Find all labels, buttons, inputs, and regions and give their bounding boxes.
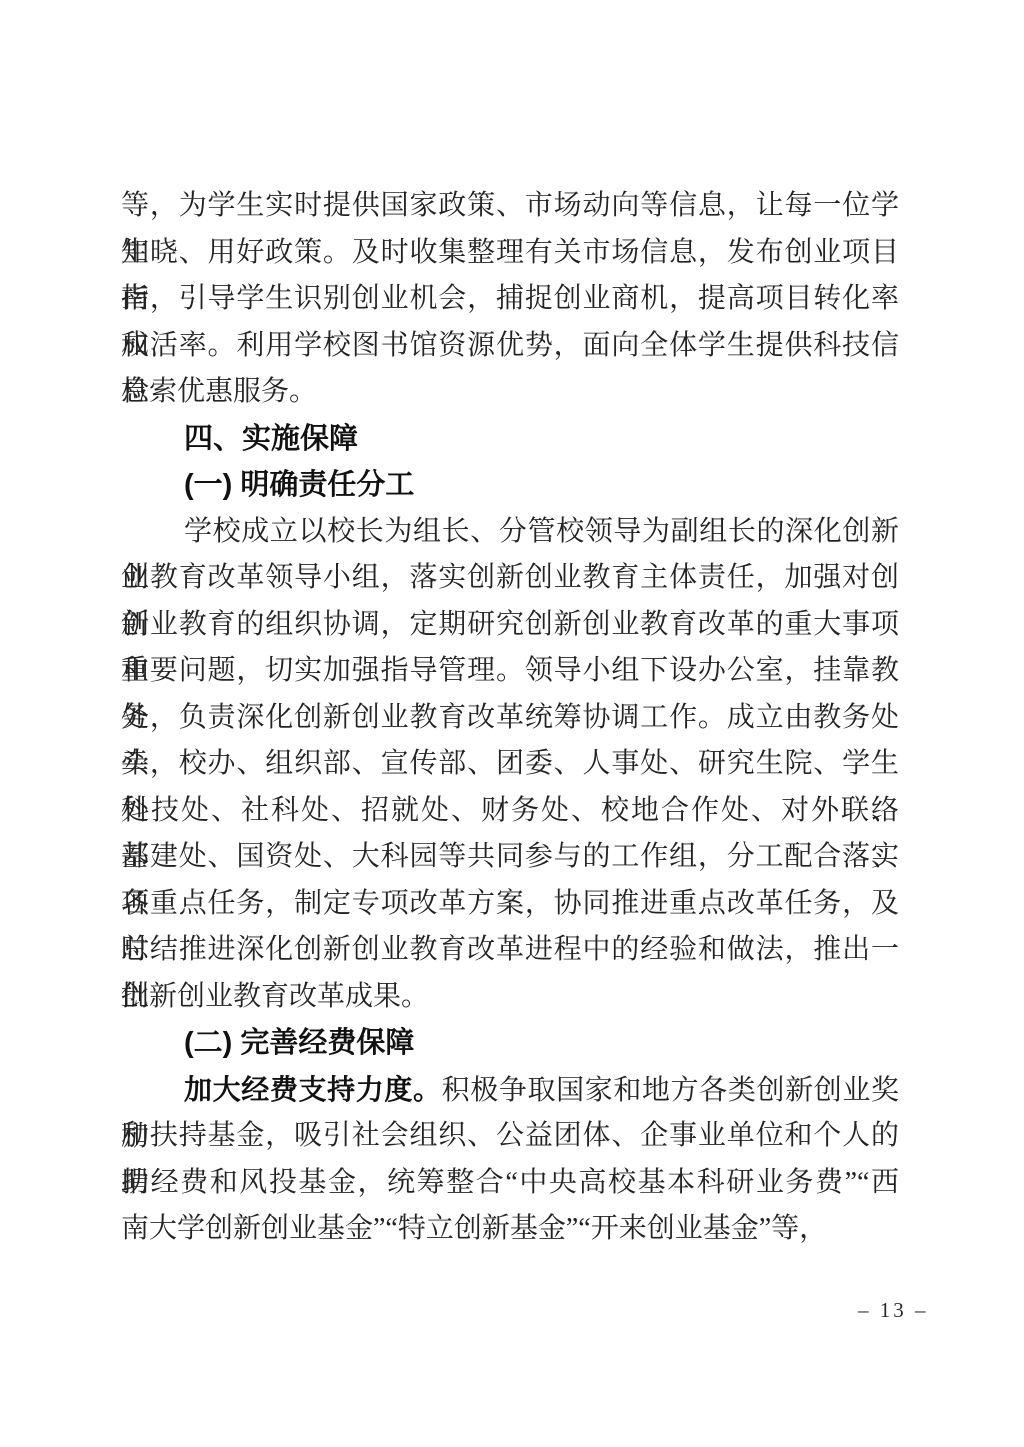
- text-line: 重要问题，切实加强指导管理。领导小组下设办公室，挂靠教务: [121, 648, 899, 695]
- text-line: 南大学创新创业基金”“特立创新基金”“开来创业基金”等，: [121, 1206, 899, 1253]
- page-number: – 13 –: [858, 1298, 929, 1323]
- text-line: 学校成立以校长为组长、分管校领导为副组长的深化创新创: [121, 509, 899, 556]
- text-line: 基建处、国资处、大科园等共同参与的工作组，分工配合落实各: [121, 834, 899, 881]
- text-line: 等，为学生实时提供国家政策、市场动向等信息，让每一位学生: [121, 183, 899, 230]
- text-line: 科技处、社科处、招就处、财务处、校地合作处、对外联络部、: [121, 788, 899, 835]
- heading-line: (二) 完善经费保障: [121, 1020, 899, 1067]
- text-line: 成活率。利用学校图书馆资源优势，面向全体学生提供科技信息: [121, 323, 899, 370]
- bold-lead-in: 加大经费支持力度。: [184, 1074, 442, 1105]
- text-block: 等，为学生实时提供国家政策、市场动向等信息，让每一位学生知晓、用好政策。及时收集…: [121, 183, 899, 1253]
- document-page: 等，为学生实时提供国家政策、市场动向等信息，让每一位学生知晓、用好政策。及时收集…: [0, 0, 1024, 1447]
- heading-line: 四、实施保障: [121, 416, 899, 463]
- text-line: 创新创业教育改革成果。: [121, 974, 899, 1021]
- heading-line: (一) 明确责任分工: [121, 462, 899, 509]
- text-line: 南，引导学生识别创业机会，捕捉创业商机，提高项目转化率和: [121, 276, 899, 323]
- text-line: 总结推进深化创新创业教育改革进程中的经验和做法，推出一批: [121, 927, 899, 974]
- text-line: 创业教育的组织协调，定期研究创新创业教育改革的重大事项和: [121, 602, 899, 649]
- text-line: 项重点任务，制定专项改革方案，协同推进重点改革任务，及时: [121, 881, 899, 928]
- text-line: 头，校办、组织部、宣传部、团委、人事处、研究生院、学生处、: [121, 741, 899, 788]
- text-line: 加大经费支持力度。积极争取国家和地方各类创新创业奖励: [121, 1067, 899, 1114]
- text-line: 助经费和风投基金，统筹整合“中央高校基本科研业务费”“西: [121, 1160, 899, 1207]
- text-line: 和扶持基金，吸引社会组织、公益团体、企事业单位和个人的捐: [121, 1113, 899, 1160]
- text-line: 知晓、用好政策。及时收集整理有关市场信息，发布创业项目指: [121, 230, 899, 277]
- text-line: 处，负责深化创新创业教育改革统筹协调工作。成立由教务处牵: [121, 695, 899, 742]
- text-line: 检索优惠服务。: [121, 369, 899, 416]
- text-line: 业教育改革领导小组，落实创新创业教育主体责任，加强对创新: [121, 555, 899, 602]
